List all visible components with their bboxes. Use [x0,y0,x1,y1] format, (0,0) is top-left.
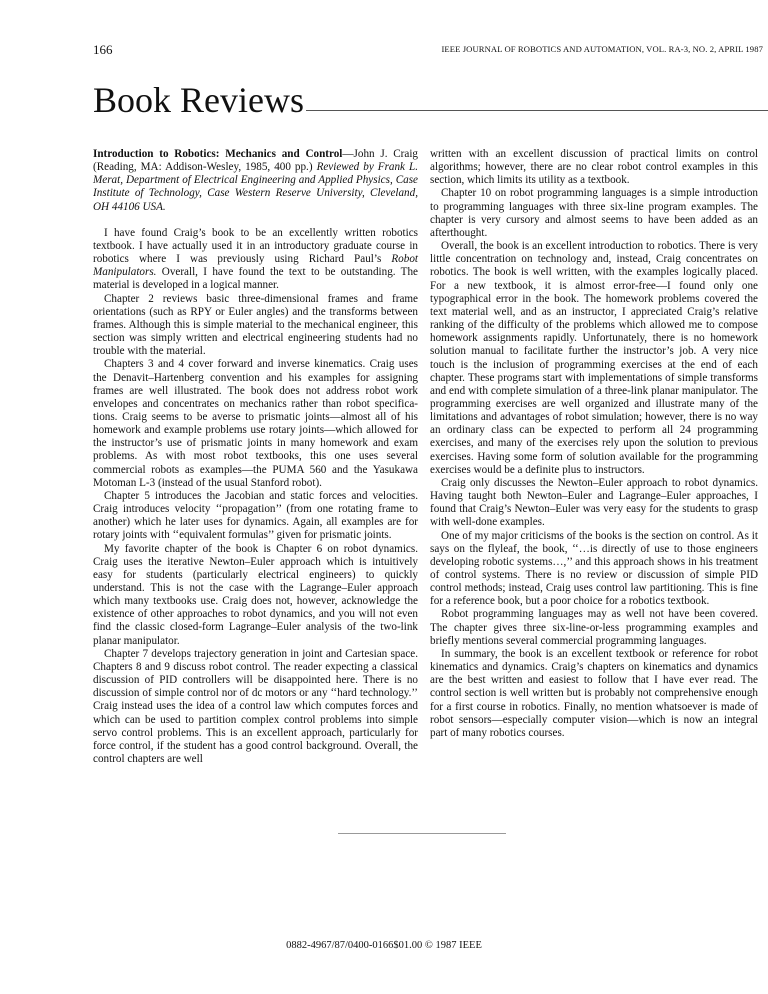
section-title: Book Reviews [93,82,304,118]
paragraph: Robot programming languages may as well … [430,608,758,647]
paragraph: Chapter 7 develops trajectory generation… [93,648,418,766]
book-citation: Introduction to Robotics: Mechanics and … [93,148,418,214]
paragraph: Chapters 3 and 4 cover forward and inver… [93,358,418,490]
right-column: written with an excellent discussion of … [430,148,758,740]
journal-citation: IEEE JOURNAL OF ROBOTICS AND AUTOMATION,… [441,44,763,54]
left-column: Introduction to Robotics: Mechanics and … [93,148,418,766]
paragraph: In summary, the book is an excellent tex… [430,648,758,740]
paragraph: Chapter 5 introduces the Jacobian and st… [93,490,418,543]
section-heading: Book Reviews [93,78,768,118]
running-header: 166 IEEE JOURNAL OF ROBOTICS AND AUTOMAT… [93,42,763,58]
heading-rule [306,110,768,111]
paragraph-continued: written with an excellent discussion of … [430,148,758,187]
page-number: 166 [93,42,113,58]
book-title: Introduction to Robotics: Mechanics and … [93,148,342,160]
end-of-review-rule [338,833,506,834]
copyright-footer: 0882-4967/87/0400-0166$01.00 © 1987 IEEE [0,940,768,951]
paragraph: One of my major criticisms of the books … [430,530,758,609]
paragraph: My favorite chapter of the book is Chapt… [93,543,418,648]
paragraph: Craig only discusses the Newton–Euler ap… [430,477,758,530]
paragraph: Chapter 2 reviews basic three-dimensiona… [93,293,418,359]
paragraph: Overall, the book is an excellent introd… [430,240,758,477]
paragraph: I have found Craig’s book to be an excel… [93,227,418,293]
paragraph: Chapter 10 on robot programming language… [430,187,758,240]
